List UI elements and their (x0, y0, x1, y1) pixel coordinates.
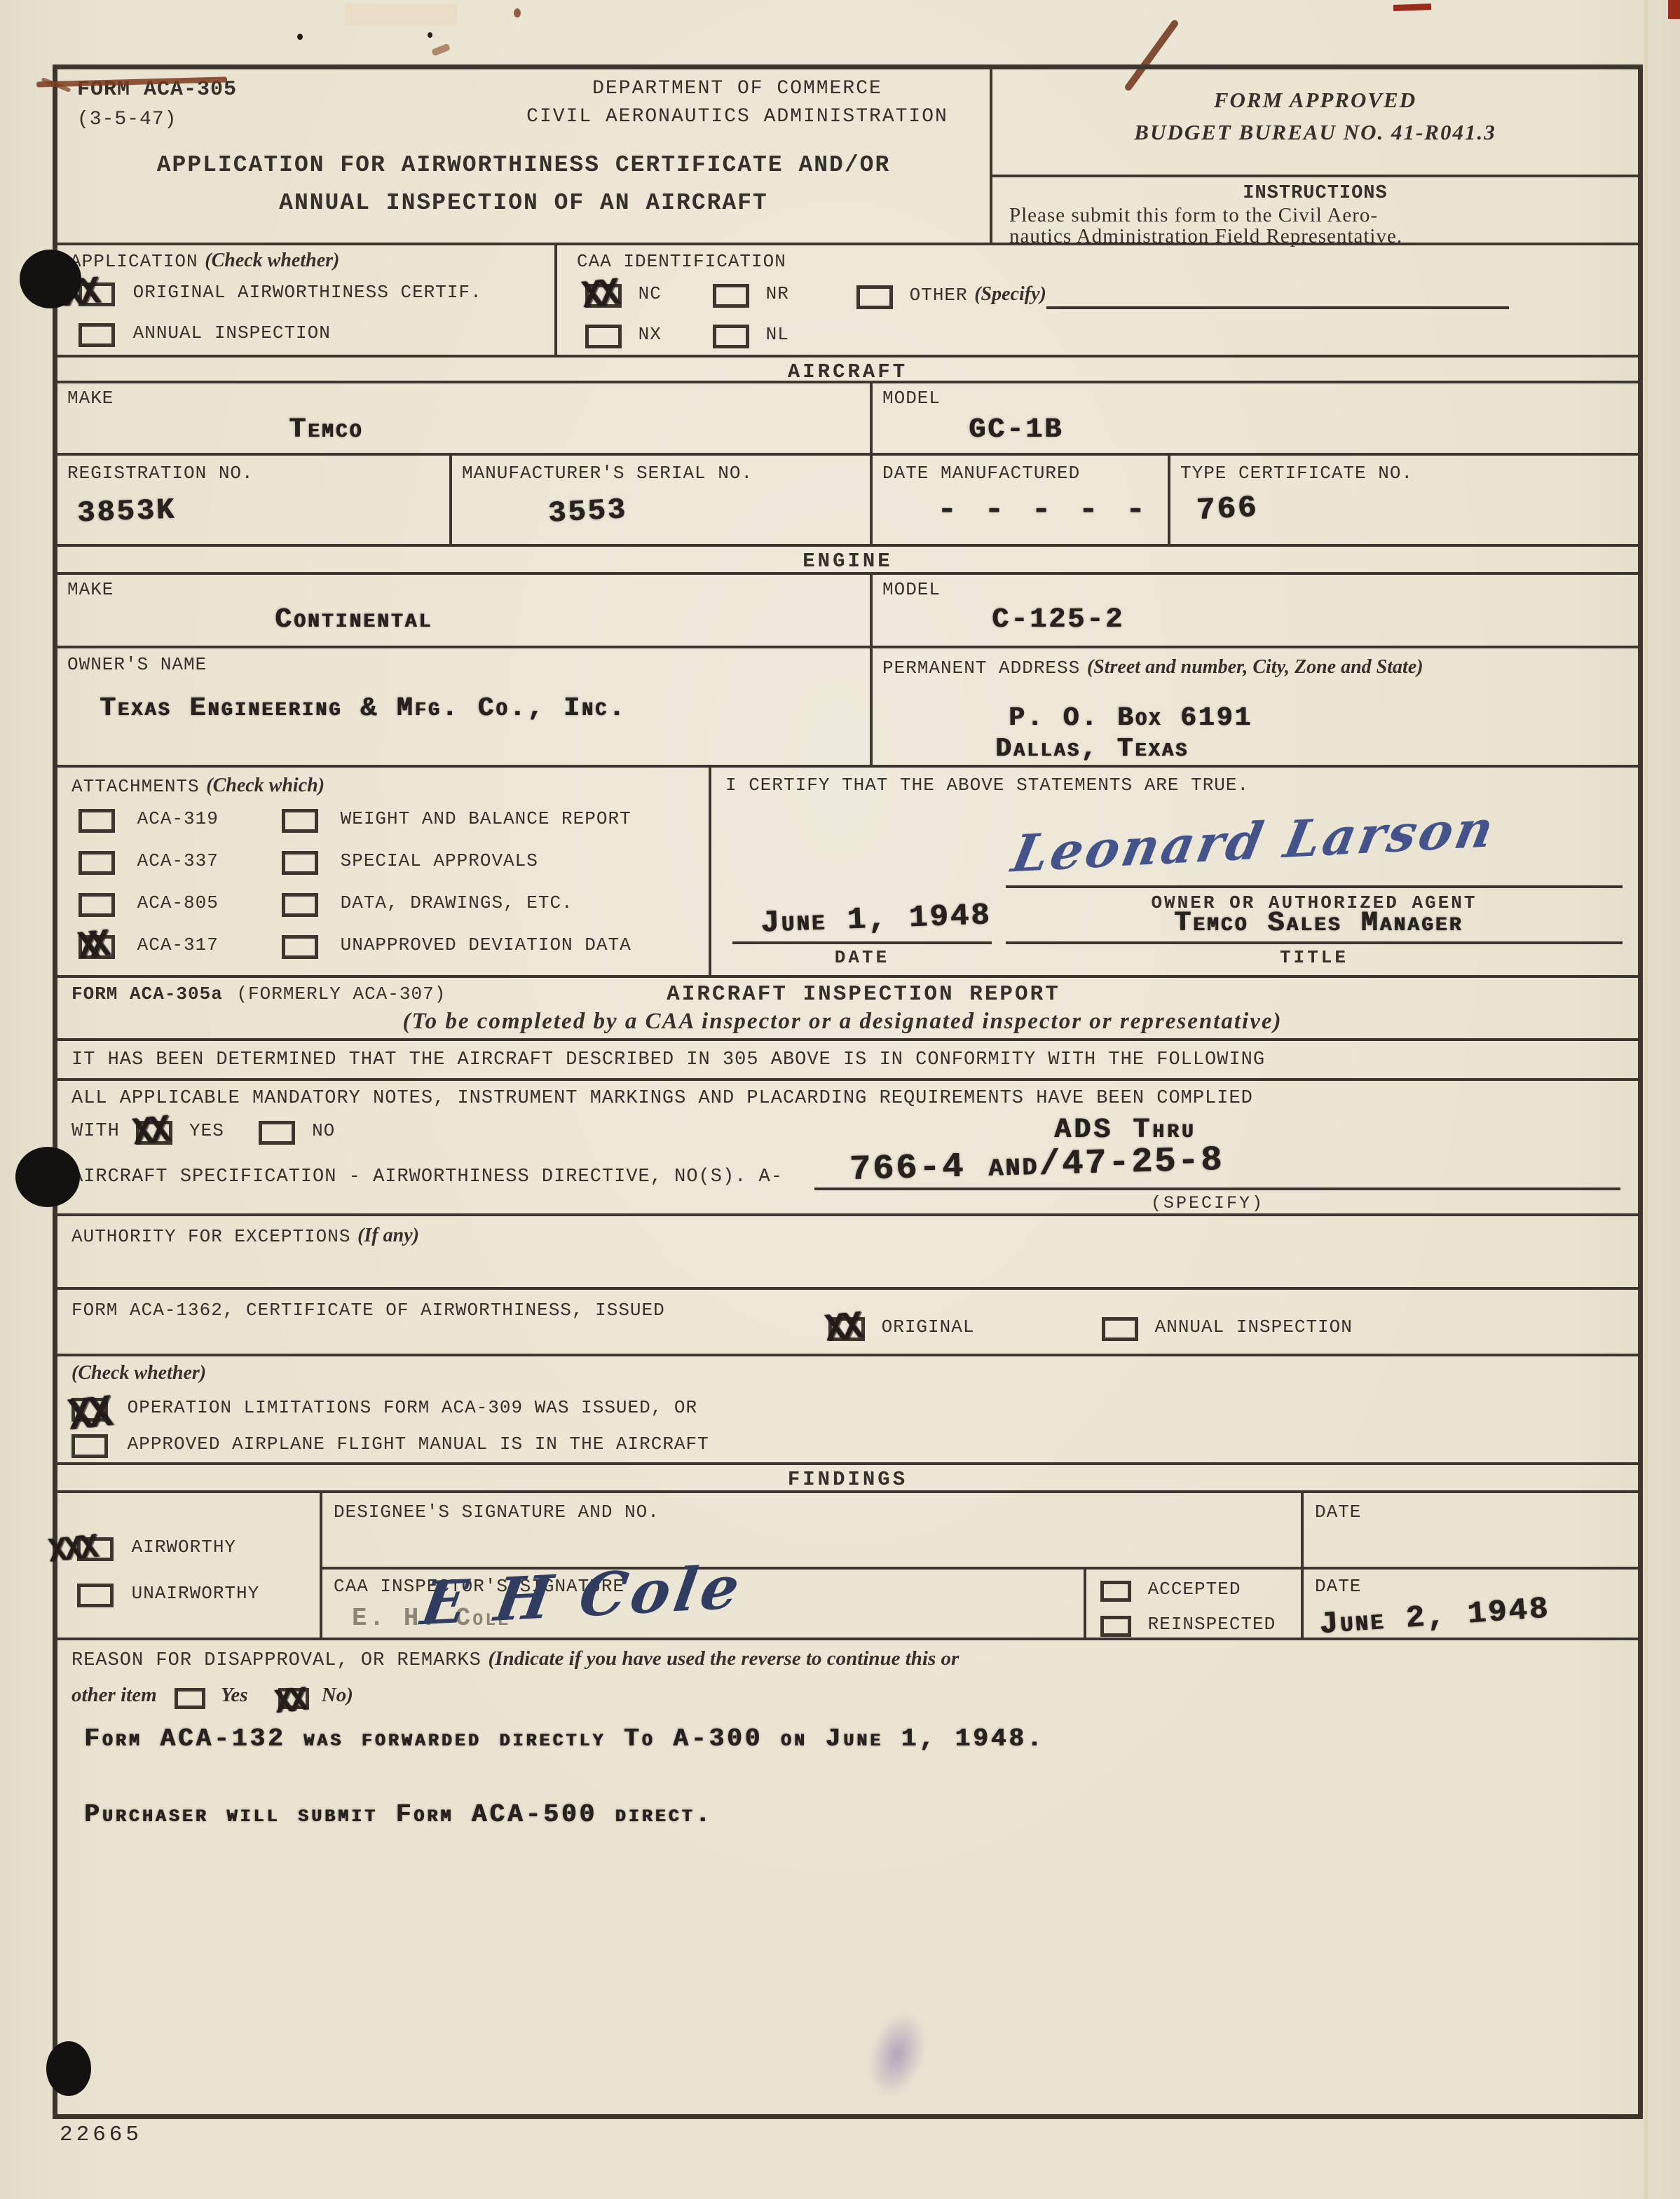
caa-nc-option: XX NC (585, 283, 662, 308)
aircraft-section-title: AIRCRAFT (57, 355, 1638, 381)
aircraft-numbers-row: REGISTRATION NO. 3853K MANUFACTURER'S SE… (57, 453, 1638, 544)
annual-inspection-option: ANNUAL INSPECTION (78, 322, 331, 347)
unapproved-deviation-label: UNAPPROVED DEVIATION DATA (341, 934, 631, 955)
caa-nx-option: NX (585, 324, 662, 348)
permanent-address-note: (Street and number, City, Zone and State… (1087, 656, 1423, 678)
punch-hole (20, 250, 81, 308)
divider (870, 383, 873, 453)
airworthy-label: AIRWORTHY (132, 1537, 236, 1558)
ink-speck (428, 32, 432, 38)
remarks-no-checkbox[interactable]: XX (278, 1688, 309, 1709)
red-corner-mark (1668, 0, 1680, 19)
inspection-form-ref: FORM ACA-305a (FORMERLY ACA-307) (71, 983, 446, 1005)
remarks-yes-label: Yes (221, 1684, 248, 1706)
owner-name-label: OWNER'S NAME (67, 654, 207, 675)
title-label: TITLE (1006, 947, 1623, 968)
original-airworthiness-option: XX ORIGINAL AIRWORTHINESS CERTIF. (78, 282, 482, 306)
remarks-yes-checkbox[interactable] (175, 1688, 205, 1709)
issued-original-checkbox[interactable]: XX (828, 1317, 865, 1341)
application-label: APPLICATION (Check whether) (70, 250, 339, 272)
certification-title-value: Temco Sales Manager (1174, 908, 1463, 939)
determination-row: IT HAS BEEN DETERMINED THAT THE AIRCRAFT… (57, 1038, 1638, 1078)
caa-nr-option: NR (713, 283, 789, 308)
check-mark: XX (131, 1111, 168, 1150)
red-dash-mark (1393, 4, 1431, 11)
attachment-option-data-drawings: DATA, DRAWINGS, ETC. (282, 892, 573, 917)
other-checkbox[interactable] (856, 285, 893, 309)
remarks-line2: Purchaser will submit Form ACA-500 direc… (84, 1800, 713, 1829)
punch-hole (46, 2041, 91, 2096)
remarks-no-label: No) (322, 1684, 353, 1706)
aircraft-make-model-row: MAKE Temco MODEL GC-1B (57, 381, 1638, 453)
permanent-address-label-text: PERMANENT ADDRESS (882, 658, 1080, 679)
owner-signature[interactable]: Leonard Larson (1007, 798, 1501, 883)
check-mark: XX (824, 1307, 861, 1346)
remarks-label-text: REASON FOR DISAPPROVAL, OR REMARKS (71, 1650, 482, 1671)
attachment-option-aca-337: ACA-337 (78, 850, 219, 875)
department-name: DEPARTMENT OF COMMERCE (422, 78, 1053, 100)
permanent-address-label: PERMANENT ADDRESS (Street and number, Ci… (882, 654, 1604, 681)
designee-date-label: DATE (1315, 1502, 1361, 1523)
inspection-form-ref-number: FORM ACA-305a (71, 983, 223, 1005)
divider (992, 175, 1638, 177)
instructions-line1: Please submit this form to the Civil Aer… (1009, 204, 1378, 227)
application-label-text: APPLICATION (70, 251, 198, 272)
unairworthy-label: UNAIRWORTHY (132, 1583, 260, 1604)
attachments-label: ATTACHMENTS (Check which) (71, 775, 325, 797)
attachment-option-aca-317: XX ACA-317 (78, 934, 219, 959)
attachments-label-note: (Check which) (206, 775, 325, 796)
original-airworthiness-checkbox[interactable]: XX (78, 282, 115, 306)
registration-label: REGISTRATION NO. (67, 463, 254, 484)
authority-exceptions-label: AUTHORITY FOR EXCEPTIONS (If any) (71, 1225, 419, 1247)
reinspected-option: REINSPECTED (1100, 1614, 1276, 1637)
aca-305-form: FORM ACA-305 (3-5-47) DEPARTMENT OF COMM… (53, 64, 1643, 2119)
issued-original-option: XX ORIGINAL (828, 1316, 974, 1341)
divider (449, 456, 452, 544)
divider (870, 456, 873, 544)
issued-annual-label: ANNUAL INSPECTION (1155, 1316, 1353, 1337)
remarks-label-line1: REASON FOR DISAPPROVAL, OR REMARKS (Indi… (71, 1647, 959, 1671)
nl-label: NL (766, 324, 789, 345)
form-revision-date: (3-5-47) (77, 109, 177, 130)
designee-signature-label: DESIGNEE'S SIGNATURE AND NO. (334, 1502, 660, 1523)
caa-other-option: OTHER (Specify) (856, 283, 1509, 309)
inspection-report-subtitle: (To be completed by a CAA inspector or a… (128, 1009, 1557, 1035)
spec-directive-value: 766-4 and/47-25-8 (849, 1141, 1224, 1190)
operation-limitations-checkbox[interactable]: XX (71, 1398, 108, 1422)
form-header-row: FORM ACA-305 (3-5-47) DEPARTMENT OF COMM… (57, 69, 1638, 243)
attachments-certification-row: ATTACHMENTS (Check which) ACA-319 ACA-33… (57, 765, 1638, 975)
engine-make-value: Continental (275, 604, 432, 636)
type-certificate-label: TYPE CERTIFICATE NO. (1180, 463, 1413, 484)
form-title-line2: ANNUAL INSPECTION OF AN AIRCRAFT (57, 190, 990, 216)
nc-label: NC (638, 283, 662, 304)
engine-make-model-row: MAKE Continental MODEL C-125-2 (57, 572, 1638, 646)
flight-manual-checkbox[interactable] (71, 1434, 108, 1458)
certification-cell: I CERTIFY THAT THE ABOVE STATEMENTS ARE … (711, 768, 1638, 975)
issued-original-label: ORIGINAL (882, 1316, 975, 1337)
check-whether-note: (Check whether) (71, 1362, 206, 1384)
divider (1301, 1493, 1304, 1638)
special-approvals-label: SPECIAL APPROVALS (341, 850, 538, 871)
aca-337-label: ACA-337 (137, 850, 219, 871)
aircraft-model-value: GC-1B (969, 414, 1063, 446)
weight-balance-label: WEIGHT AND BALANCE REPORT (341, 808, 631, 829)
engine-model-value: C-125-2 (992, 604, 1124, 636)
inspection-date-value: June 2, 1948 (1318, 1592, 1551, 1643)
attachment-option-weight-balance: WEIGHT AND BALANCE REPORT (282, 808, 631, 833)
aca-805-checkbox[interactable] (78, 893, 115, 917)
data-drawings-checkbox[interactable] (282, 893, 318, 917)
brown-speck (514, 8, 521, 18)
signature-line[interactable] (1006, 885, 1623, 888)
flight-manual-label: APPROVED AIRPLANE FLIGHT MANUAL IS IN TH… (128, 1434, 709, 1455)
divider (320, 1493, 322, 1638)
determination-text: IT HAS BEEN DETERMINED THAT THE AIRCRAFT… (71, 1049, 1265, 1070)
yes-label: YES (189, 1120, 224, 1141)
specify-note: (SPECIFY) (1151, 1193, 1264, 1213)
engine-make-label: MAKE (67, 579, 114, 600)
date-label: DATE (732, 947, 992, 968)
with-label: WITH (71, 1121, 120, 1142)
other-specify-blank[interactable] (1046, 288, 1509, 309)
reinspected-checkbox[interactable] (1100, 1616, 1131, 1637)
serial-value: 3553 (547, 493, 628, 531)
annual-inspection-checkbox[interactable] (78, 323, 115, 347)
no-label: NO (312, 1120, 335, 1141)
certification-date-value: June 1, 1948 (760, 898, 992, 941)
unapproved-deviation-checkbox[interactable] (282, 935, 318, 959)
annual-inspection-label: ANNUAL INSPECTION (133, 322, 331, 343)
divider (554, 245, 557, 355)
accepted-checkbox[interactable] (1100, 1581, 1131, 1602)
scanned-form-page: { "page": { "bottom_serial": "22665" }, … (0, 0, 1680, 2199)
compliance-no-checkbox[interactable] (259, 1121, 295, 1145)
remarks-note-line1: (Indicate if you have used the reverse t… (489, 1647, 959, 1670)
attachment-option-aca-805: ACA-805 (78, 892, 219, 917)
inspection-report-header-row: FORM ACA-305a (FORMERLY ACA-307) AIRCRAF… (57, 975, 1638, 1038)
date-line[interactable] (732, 941, 992, 944)
remarks-label-line2: other item Yes XX No) (71, 1684, 353, 1709)
attachment-option-special-approvals: SPECIAL APPROVALS (282, 850, 538, 875)
check-mark: XX (580, 274, 617, 313)
divider (870, 575, 873, 646)
check-mark: XX (76, 926, 102, 963)
nc-checkbox[interactable]: XX (585, 284, 622, 308)
data-drawings-label: DATA, DRAWINGS, ETC. (341, 892, 573, 913)
check-mark: XXX (47, 1531, 97, 1567)
caa-identification-label: CAA IDENTIFICATION (577, 251, 786, 272)
application-row: APPLICATION (Check whether) XX ORIGINAL … (57, 243, 1638, 355)
aca-317-checkbox[interactable]: XX (78, 935, 115, 959)
operation-limitations-label: OPERATION LIMITATIONS FORM ACA-309 WAS I… (128, 1397, 698, 1418)
owner-row: OWNER'S NAME Texas Engineering & Mfg. Co… (57, 646, 1638, 765)
aca-337-checkbox[interactable] (78, 851, 115, 875)
application-label-note: (Check whether) (205, 250, 339, 271)
attachment-option-unapproved-deviation: UNAPPROVED DEVIATION DATA (282, 934, 631, 959)
ink-speck (297, 34, 303, 40)
compliance-yes-checkbox[interactable]: XX (136, 1121, 172, 1145)
aircraft-make-label: MAKE (67, 388, 114, 409)
inspection-report-title: AIRCRAFT INSPECTION REPORT (548, 982, 1179, 1007)
special-approvals-checkbox[interactable] (282, 851, 318, 875)
certificate-issued-row: FORM ACA-1362, CERTIFICATE OF AIRWORTHIN… (57, 1287, 1638, 1354)
compliance-yes-no: WITH XX YES NO (71, 1120, 335, 1145)
inspection-formerly: (FORMERLY ACA-307) (236, 983, 446, 1005)
nx-label: NX (638, 324, 662, 345)
check-mark: XX (66, 1391, 111, 1436)
weight-balance-checkbox[interactable] (282, 809, 318, 833)
nx-checkbox[interactable] (585, 325, 622, 348)
attachments-label-text: ATTACHMENTS (71, 776, 200, 797)
operation-limitations-option: XX OPERATION LIMITATIONS FORM ACA-309 WA… (71, 1397, 697, 1422)
aca-317-label: ACA-317 (137, 934, 219, 955)
remarks-line1: Form ACA-132 was forwarded directly To A… (84, 1724, 1044, 1753)
compliance-text: ALL APPLICABLE MANDATORY NOTES, INSTRUME… (71, 1088, 1253, 1109)
spec-directive-label: AIRCRAFT SPECIFICATION - AIRWORTHINESS D… (71, 1166, 783, 1187)
nr-checkbox[interactable] (713, 284, 749, 308)
owner-address-line1: P. O. Box 6191 (1009, 703, 1252, 733)
compliance-row: ALL APPLICABLE MANDATORY NOTES, INSTRUME… (57, 1078, 1638, 1213)
aca-319-checkbox[interactable] (78, 809, 115, 833)
reinspected-label: REINSPECTED (1148, 1614, 1276, 1635)
serial-label: MANUFACTURER'S SERIAL NO. (462, 463, 753, 484)
tape-stain (345, 4, 457, 25)
aca-319-label: ACA-319 (137, 808, 219, 829)
findings-table-row: XXX AIRWORTHY UNAIRWORTHY DESIGNEE'S SIG… (57, 1490, 1638, 1638)
inspection-date-label: DATE (1315, 1576, 1361, 1597)
flight-manual-option: APPROVED AIRPLANE FLIGHT MANUAL IS IN TH… (71, 1434, 709, 1458)
issued-annual-checkbox[interactable] (1102, 1317, 1138, 1341)
administration-name: CIVIL AERONAUTICS ADMINISTRATION (422, 106, 1053, 128)
accepted-option: ACCEPTED (1100, 1579, 1241, 1602)
divider (1084, 1567, 1086, 1638)
date-manufactured-label: DATE MANUFACTURED (882, 463, 1080, 484)
paper-crease (1644, 0, 1648, 2199)
owner-name-value: Texas Engineering & Mfg. Co., Inc. (100, 693, 627, 723)
authority-exceptions-row: AUTHORITY FOR EXCEPTIONS (If any) (57, 1213, 1638, 1287)
aircraft-make-value: Temco (289, 414, 363, 446)
nl-checkbox[interactable] (713, 325, 749, 348)
airworthy-checkbox[interactable]: XXX (77, 1537, 114, 1561)
inspector-signature[interactable]: E H Cole (416, 1552, 748, 1639)
date-manufactured-value: - - - - - (937, 492, 1149, 529)
authority-label-note: (If any) (357, 1225, 419, 1246)
form-approved-line2: BUDGET BUREAU NO. 41-R041.3 (992, 120, 1638, 145)
unairworthy-option: UNAIRWORTHY (77, 1583, 259, 1607)
other-label: OTHER (910, 285, 968, 306)
caa-nl-option: NL (713, 324, 789, 348)
issued-annual-option: ANNUAL INSPECTION (1102, 1316, 1353, 1341)
authority-label-text: AUTHORITY FOR EXCEPTIONS (71, 1226, 350, 1247)
engine-section-title: ENGINE (57, 544, 1638, 572)
aircraft-model-label: MODEL (882, 388, 941, 409)
remarks-note-line2-prefix: other item (71, 1684, 157, 1706)
findings-section-title: FINDINGS (57, 1462, 1638, 1490)
airworthy-option: XXX AIRWORTHY (77, 1537, 236, 1561)
title-line[interactable] (1006, 941, 1623, 944)
punch-hole (15, 1147, 80, 1207)
instructions-title: INSTRUCTIONS (992, 183, 1638, 204)
form-title-line1: APPLICATION FOR AIRWORTHINESS CERTIFICAT… (57, 152, 990, 178)
form-approved-line1: FORM APPROVED (992, 88, 1638, 113)
owner-address-line2: Dallas, Texas (995, 734, 1189, 764)
certificate-issued-label: FORM ACA-1362, CERTIFICATE OF AIRWORTHIN… (71, 1300, 665, 1321)
original-airworthiness-label: ORIGINAL AIRWORTHINESS CERTIF. (133, 282, 482, 303)
type-certificate-value: 766 (1196, 491, 1259, 529)
nr-label: NR (766, 283, 789, 304)
divider (870, 648, 873, 765)
aca-805-label: ACA-805 (137, 892, 219, 913)
page-serial-number: 22665 (60, 2123, 142, 2147)
check-mark: XX (273, 1684, 305, 1718)
remarks-row: REASON FOR DISAPPROVAL, OR REMARKS (Indi… (57, 1638, 1638, 2114)
other-specify-note: (Specify) (974, 283, 1046, 305)
certify-statement: I CERTIFY THAT THE ABOVE STATEMENTS ARE … (725, 775, 1249, 796)
divider (1168, 456, 1170, 544)
check-whether-row: (Check whether) XX OPERATION LIMITATIONS… (57, 1354, 1638, 1462)
engine-model-label: MODEL (882, 579, 941, 600)
unairworthy-checkbox[interactable] (77, 1584, 114, 1607)
registration-value: 3853K (76, 493, 177, 531)
attachment-option-aca-319: ACA-319 (78, 808, 219, 833)
accepted-label: ACCEPTED (1148, 1579, 1241, 1600)
